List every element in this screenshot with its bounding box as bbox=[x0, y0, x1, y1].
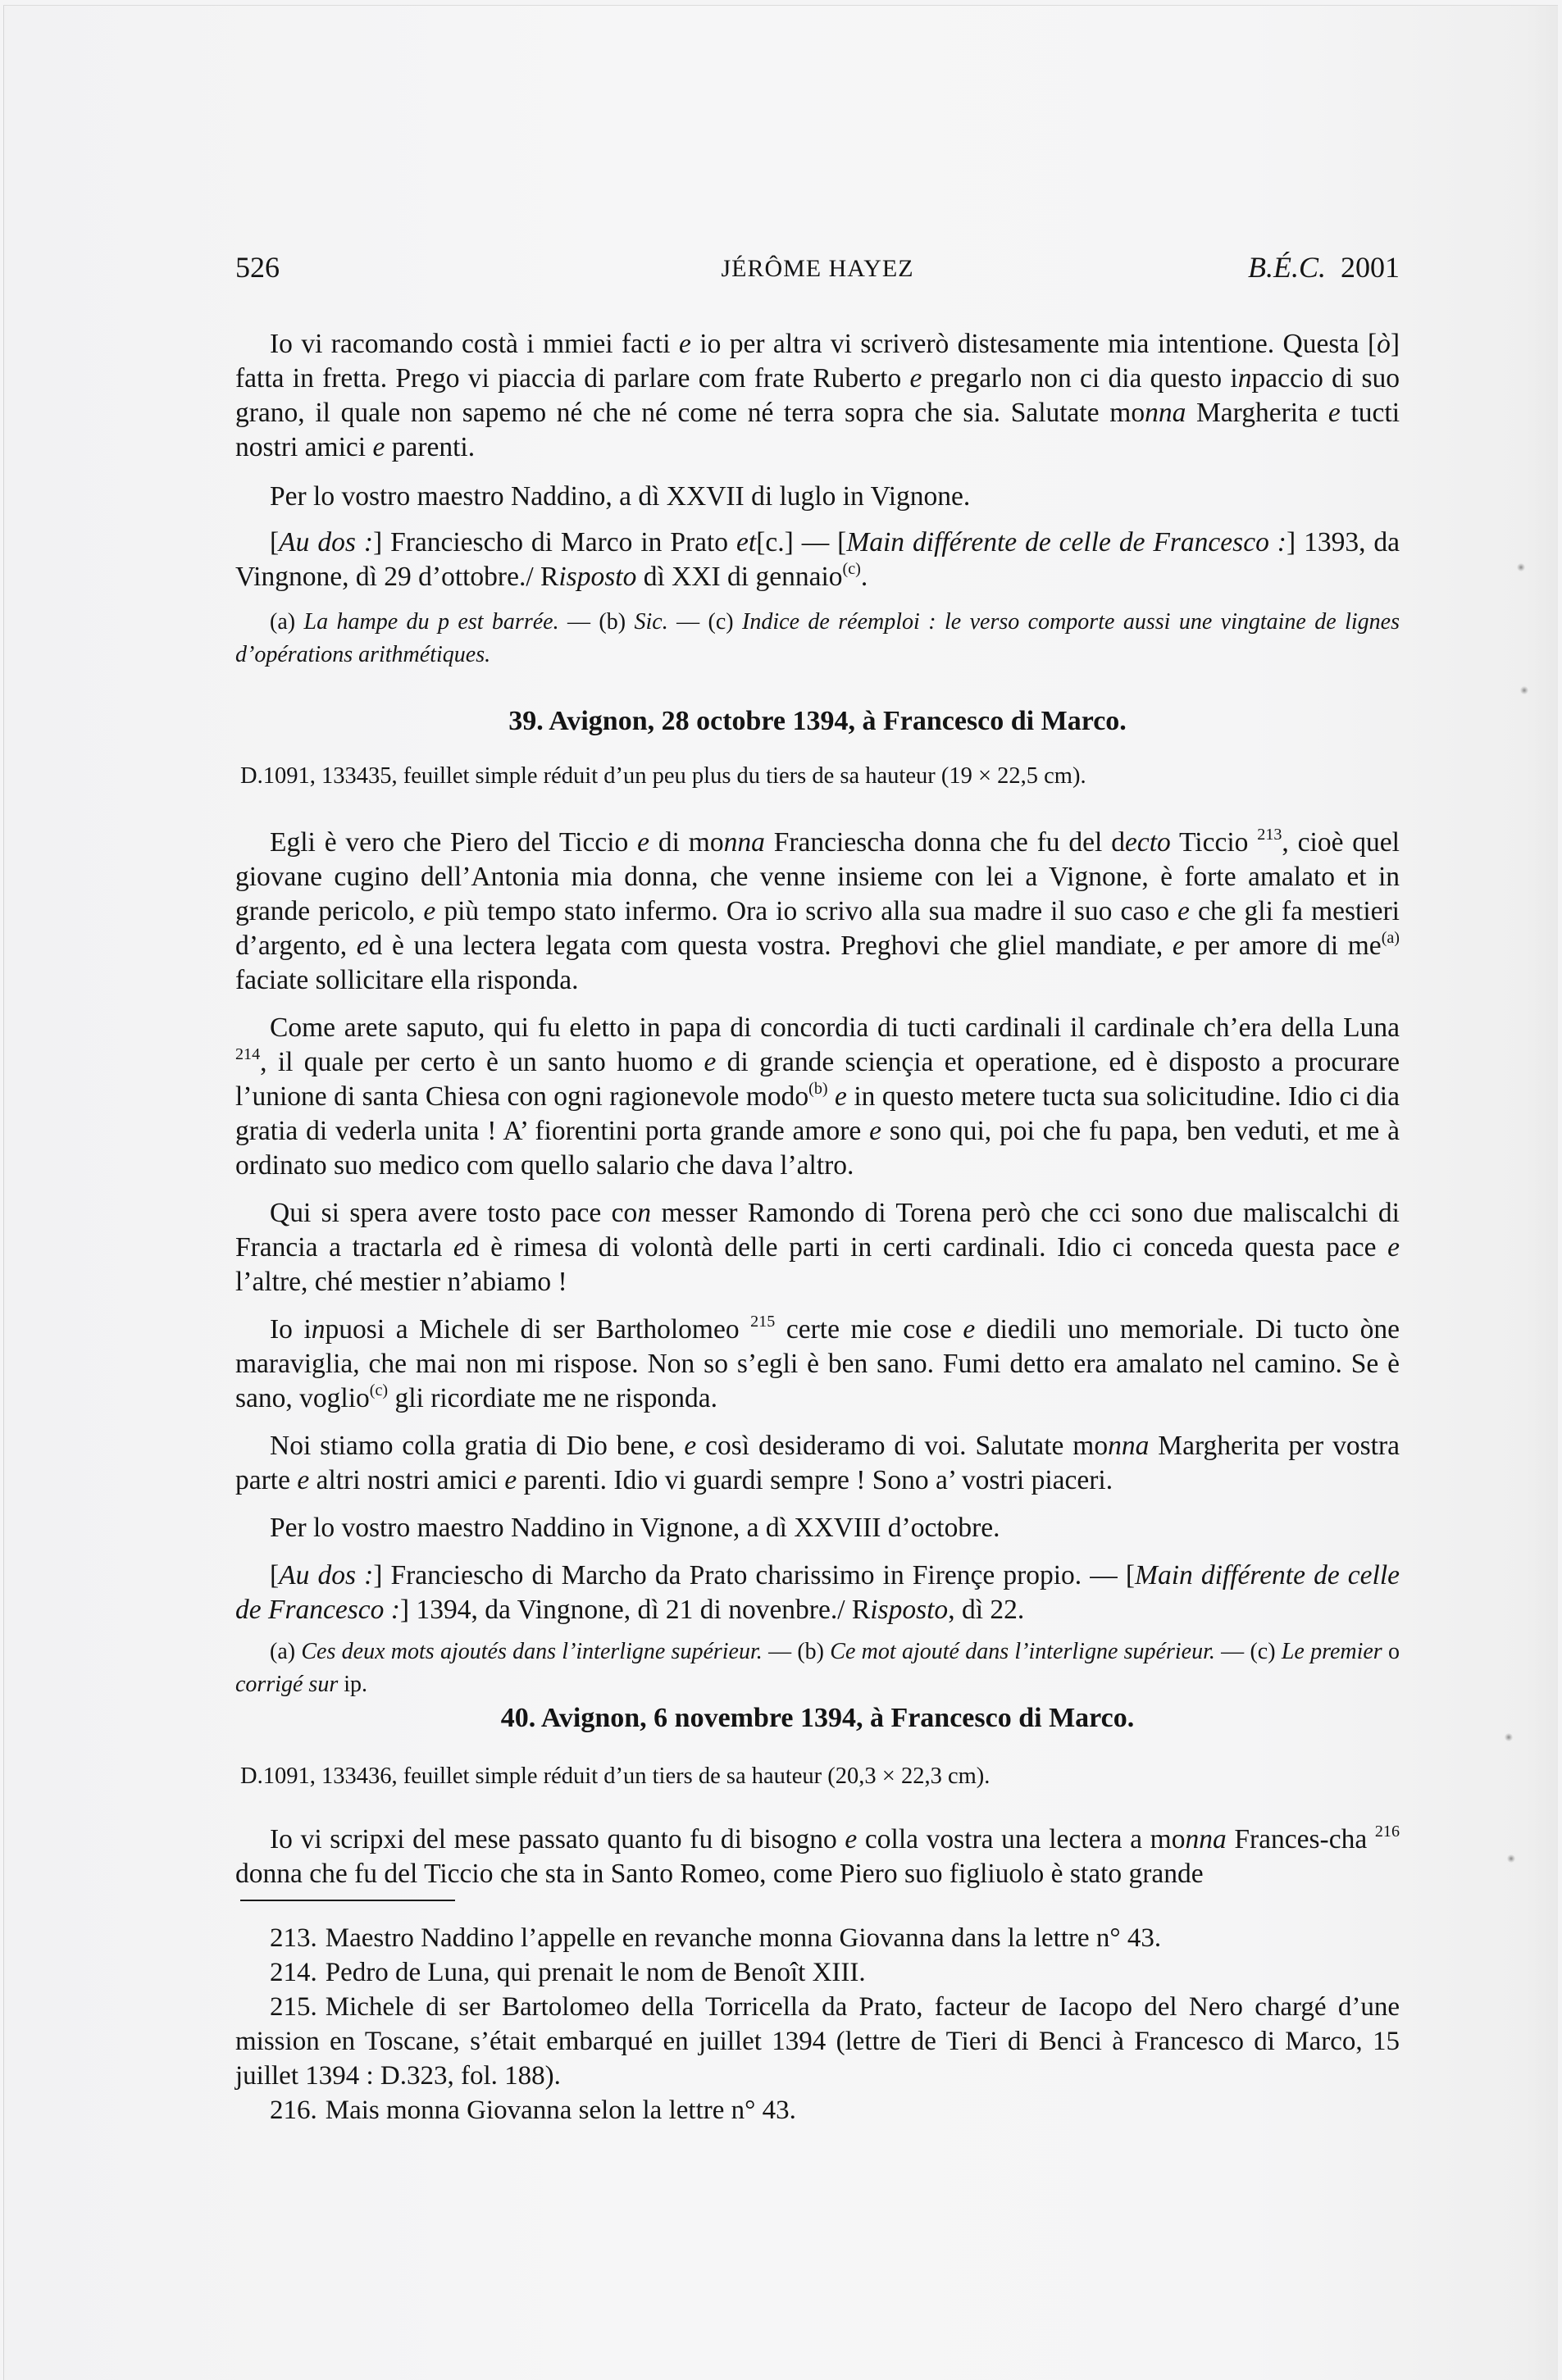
footnote-215: 215.Michele di ser Bartolomeo della Torr… bbox=[235, 1990, 1400, 2093]
letter-paragraph: Io vi scripxi del mese passato quanto fu… bbox=[235, 1823, 1400, 1891]
letter-heading: 40. Avignon, 6 novembre 1394, à Francesc… bbox=[235, 1701, 1400, 1736]
dorsal-address: [Au dos :] Franciescho di Marco in Prato… bbox=[235, 526, 1400, 594]
footnote-ref: 214 bbox=[235, 1045, 260, 1063]
letter-description: D.1091, 133435, feuillet simple réduit d… bbox=[235, 760, 1400, 793]
critical-notes: (a) Ces deux mots ajoutés dans l’interli… bbox=[235, 1636, 1400, 1701]
letter-paragraph: Qui si spera avere tosto pace con messer… bbox=[235, 1196, 1400, 1299]
letter-paragraph: Noi stiamo colla gratia di Dio bene, e c… bbox=[235, 1429, 1400, 1498]
letter-signature: Per lo vostro maestro Naddino, a dì XXVI… bbox=[235, 480, 1400, 514]
letter-paragraph: Egli è vero che Piero del Ticcio e di mo… bbox=[235, 826, 1400, 998]
footnotes: 213.Maestro Naddino l’appelle en revanch… bbox=[235, 1921, 1400, 2127]
footnote-216: 216.Mais monna Giovanna selon la lettre … bbox=[235, 2093, 1400, 2127]
letter-paragraph: Io vi racomando costà i mmiei facti e io… bbox=[235, 327, 1400, 465]
journal-year: 2001 bbox=[1341, 251, 1400, 284]
running-head: 526 JÉRÔME HAYEZ B.É.C. 2001 bbox=[235, 250, 1400, 291]
journal-reference: B.É.C. 2001 bbox=[1248, 250, 1400, 284]
staple-hole bbox=[1505, 1733, 1513, 1741]
journal-abbr: B.É.C. bbox=[1248, 251, 1326, 284]
footnote-214: 214.Pedro de Luna, qui prenait le nom de… bbox=[235, 1955, 1400, 1990]
letter-paragraph: Come arete saputo, qui fu eletto in papa… bbox=[235, 1011, 1400, 1183]
staple-hole bbox=[1517, 563, 1525, 571]
letter-description: D.1091, 133436, feuillet simple réduit d… bbox=[235, 1760, 1400, 1793]
scanned-page: 526 JÉRÔME HAYEZ B.É.C. 2001 Io vi racom… bbox=[3, 5, 1558, 2380]
letter-40: 40. Avignon, 6 novembre 1394, à Francesc… bbox=[235, 1701, 1400, 1891]
dorsal-address: [Au dos :] Franciescho di Marcho da Prat… bbox=[235, 1559, 1400, 1627]
letter-38-end: Io vi racomando costà i mmiei facti e io… bbox=[235, 327, 1400, 671]
letter-signature: Per lo vostro maestro Naddino in Vignone… bbox=[235, 1511, 1400, 1545]
footnote-ref: 216 bbox=[1375, 1823, 1400, 1841]
author-name: JÉRÔME HAYEZ bbox=[235, 255, 1400, 283]
letter-heading: 39. Avignon, 28 octobre 1394, à Francesc… bbox=[235, 704, 1400, 739]
staple-hole bbox=[1507, 1854, 1515, 1863]
footnote-ref: 213 bbox=[1257, 826, 1282, 844]
letter-39: 39. Avignon, 28 octobre 1394, à Francesc… bbox=[235, 704, 1400, 1701]
staple-hole bbox=[1520, 686, 1528, 694]
footnote-213: 213.Maestro Naddino l’appelle en revanch… bbox=[235, 1921, 1400, 1955]
footnote-ref: 215 bbox=[750, 1313, 775, 1331]
critical-notes: (a) La hampe du p est barrée. — (b) Sic.… bbox=[235, 606, 1400, 671]
footnote-separator bbox=[240, 1900, 455, 1901]
letter-paragraph: Io inpuosi a Michele di ser Bartholomeo … bbox=[235, 1313, 1400, 1416]
